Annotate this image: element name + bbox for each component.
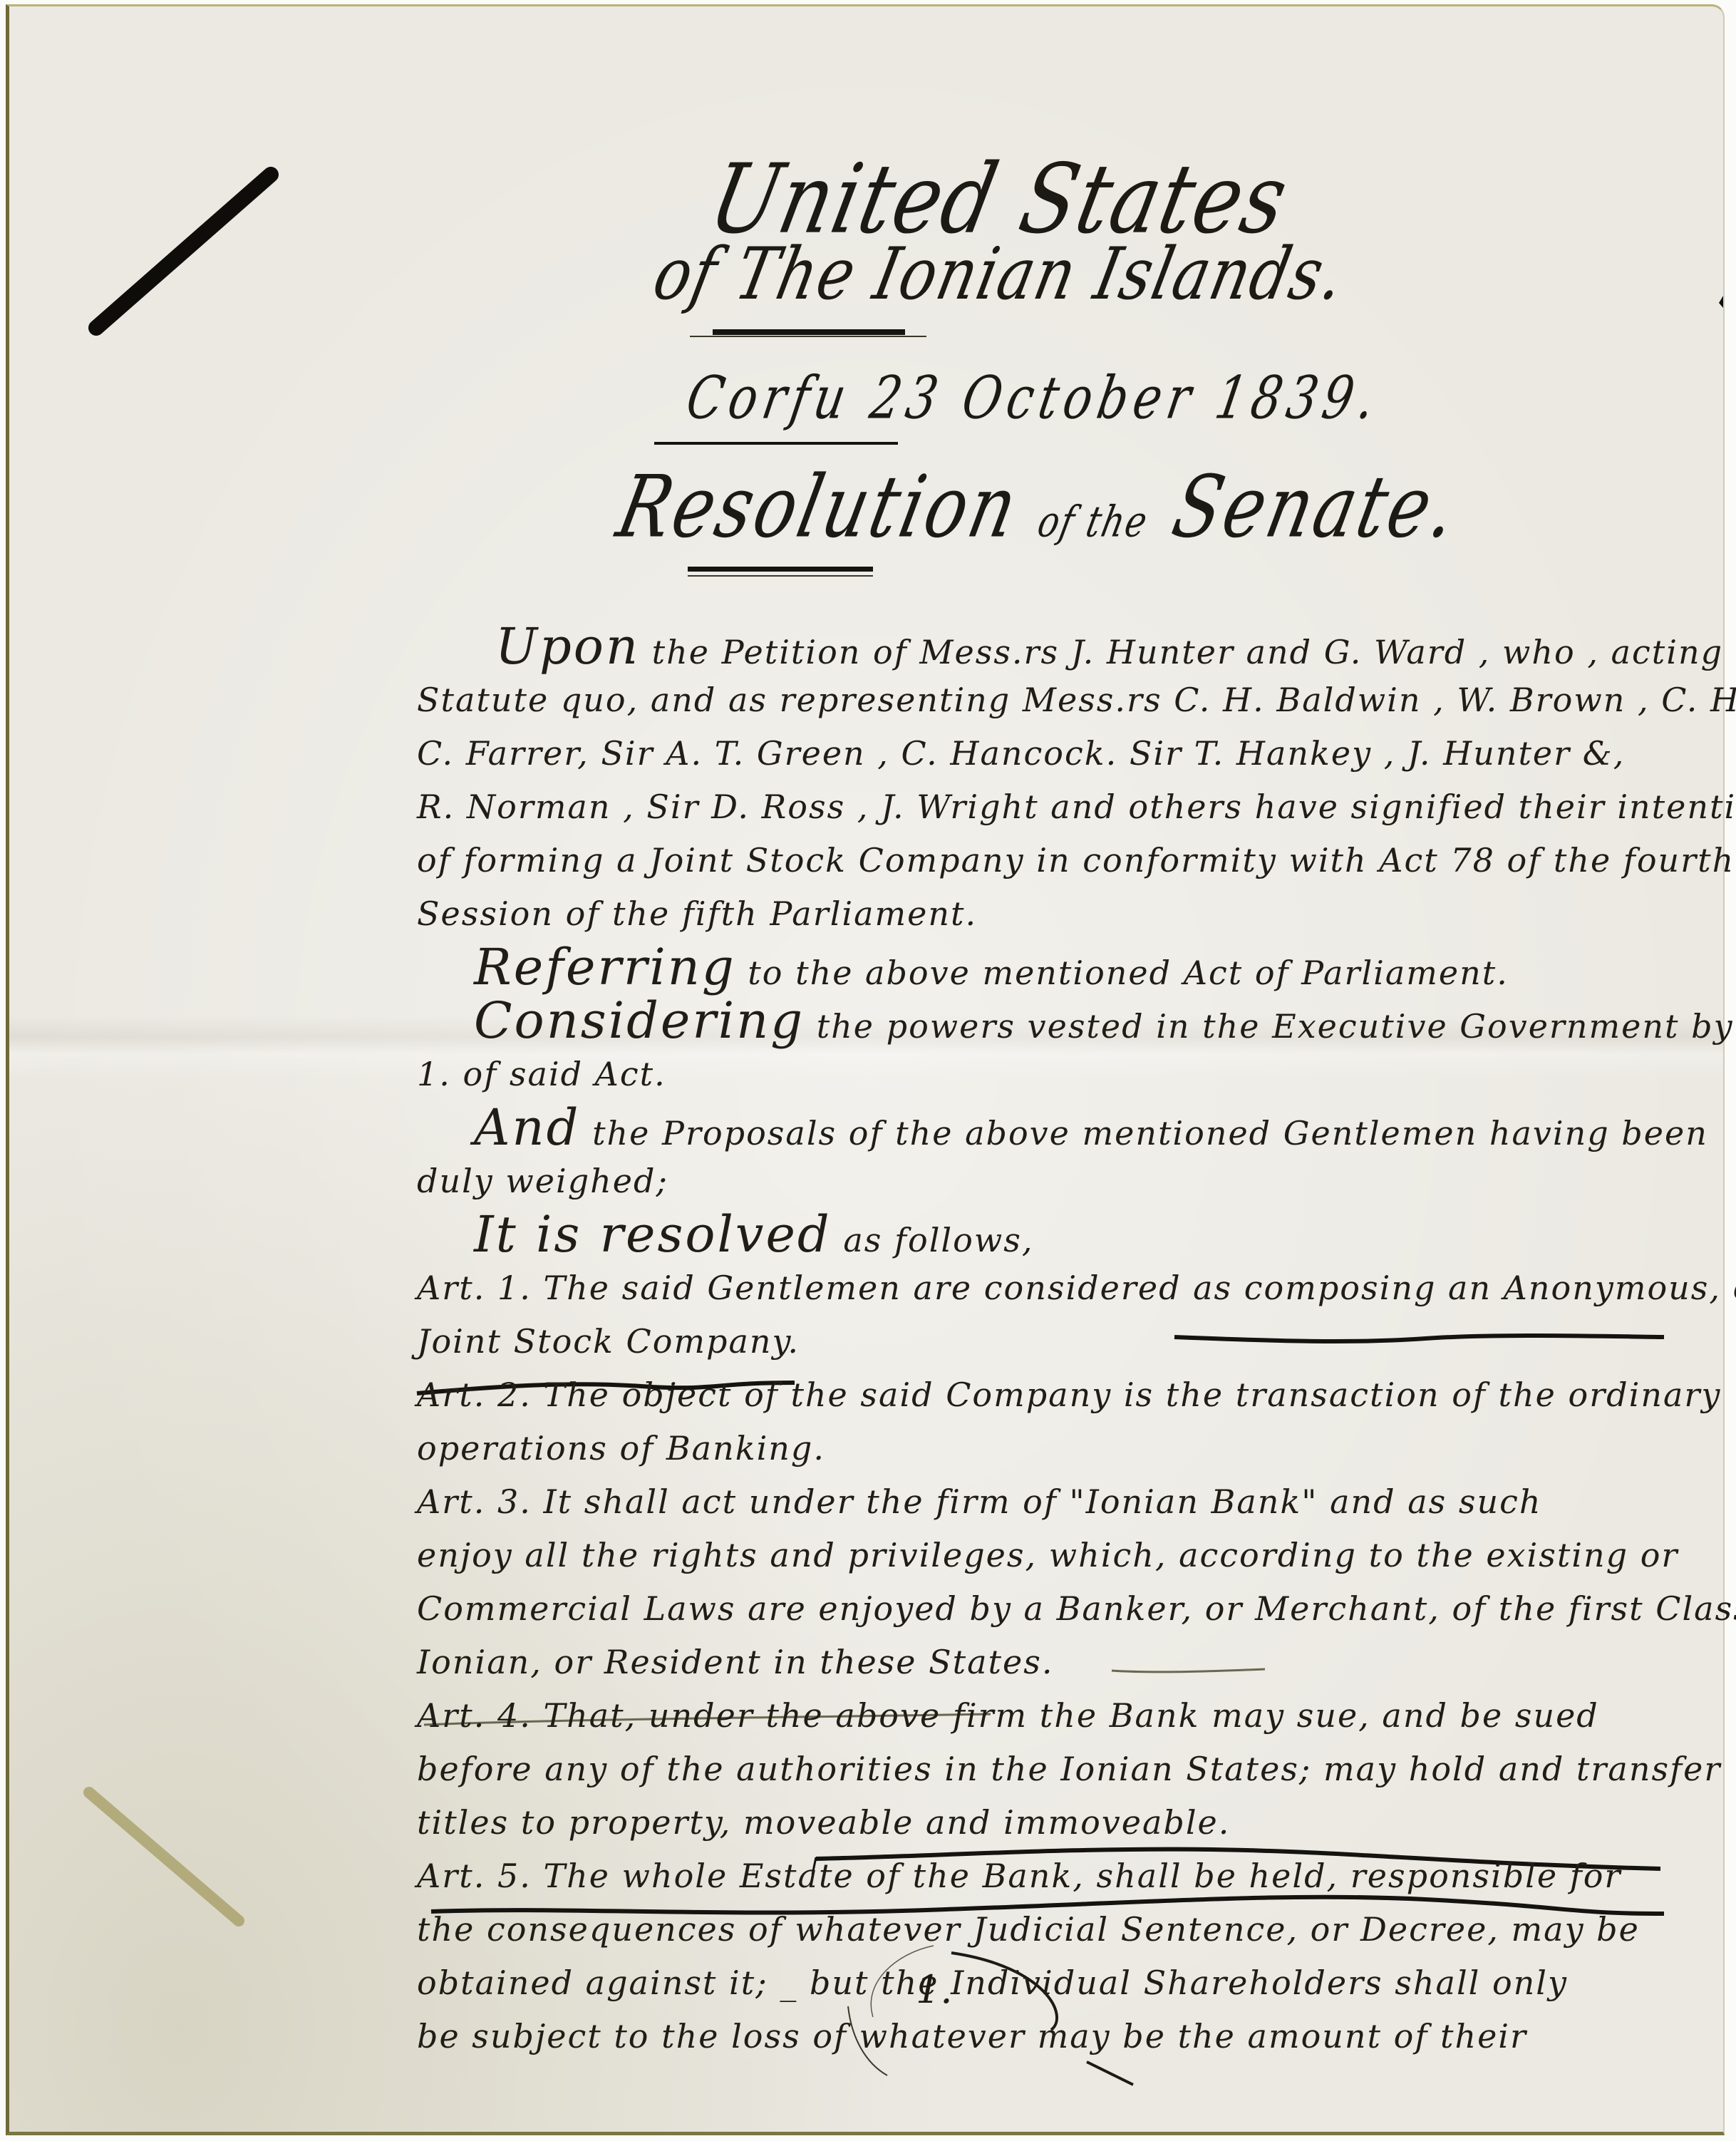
upon-lead-word: Upon <box>495 617 640 676</box>
article-2-underlined-1: the transaction of the ordinary <box>1166 1376 1722 1414</box>
and-line-1: And the Proposals of the above mentioned… <box>417 1101 1714 1155</box>
edge-ink-notch <box>1719 296 1723 308</box>
article-2-text: The object of the said Company is <box>543 1376 1165 1414</box>
article-4-label: Art. 4. <box>417 1696 532 1735</box>
article-4-line-2: before any of the authorities in the Ion… <box>417 1743 1714 1796</box>
resolution-rule-thick <box>688 567 873 572</box>
upon-line-text: the Petition of Mess.rs J. Hunter and G.… <box>640 633 1723 671</box>
article-2-line-1: Art. 2. The object of the said Company i… <box>417 1368 1714 1422</box>
stain-slash-mark <box>89 1792 239 1921</box>
article-5-line-2: the consequences of whatever Judicial Se… <box>417 1903 1714 1956</box>
article-4-text: That, under the above firm the Bank may … <box>543 1696 1598 1735</box>
and-text: the Proposals of the above mentioned Gen… <box>580 1114 1707 1152</box>
ink-slash-mark <box>96 175 271 328</box>
upon-line-3: C. Farrer, Sir A. T. Green , C. Hancock.… <box>417 727 1714 780</box>
article-5-text: The whole Estate of the Bank, shall be h… <box>543 1857 1621 1895</box>
upon-line-4: R. Norman , Sir D. Ross , J. Wright and … <box>417 780 1714 834</box>
article-4-line2-underlined: Ionian States; <box>1060 1750 1311 1788</box>
article-5-line-4: be subject to the loss of whatever may b… <box>417 2010 1714 2063</box>
article-4-line-3: titles to property, moveable and immovea… <box>417 1796 1714 1849</box>
article-1-label: Art. 1. <box>417 1269 532 1307</box>
resolution-heading-connector: of the <box>1033 497 1152 547</box>
considering-text: the powers vested in the Executive Gover… <box>805 1007 1736 1046</box>
upon-line-5: of forming a Joint Stock Company in conf… <box>417 834 1714 887</box>
date-line: Corfu 23 October 1839. <box>682 363 1386 432</box>
article-3-text: It shall act under the firm of "Ionian B… <box>543 1482 1541 1521</box>
article-5-line3-before: obtained against it; _ <box>417 1964 810 2002</box>
header-rule-thick <box>713 329 905 335</box>
article-3-line-2: enjoy all the rights and privileges, whi… <box>417 1529 1714 1582</box>
article-4-line2-before: before any of the authorities in the <box>417 1750 1060 1788</box>
resolved-line: It is resolved as follows, <box>417 1208 1714 1262</box>
header-title-line2: of The Ionian Islands. <box>647 232 1353 316</box>
article-4-line2-after: may hold and transfer <box>1311 1750 1721 1788</box>
article-4-line-1: Art. 4. That, under the above firm the B… <box>417 1689 1714 1743</box>
considering-line-2: 1. of said Act. <box>417 1048 1714 1101</box>
upon-line-2: Statute quo, and as representing Mess.rs… <box>417 674 1714 727</box>
upon-line-1: Upon the Petition of Mess.rs J. Hunter a… <box>417 620 1714 674</box>
ink-dash-mark <box>1087 2062 1133 2085</box>
page-number: 1. <box>916 1967 953 2012</box>
referring-lead-word: Referring <box>474 938 736 996</box>
resolution-body: Upon the Petition of Mess.rs J. Hunter a… <box>417 620 1714 2063</box>
article-1-line-2: Joint Stock Company. <box>417 1315 1714 1368</box>
upon-line-6: Session of the fifth Parliament. <box>417 887 1714 941</box>
article-3-label: Art. 3. <box>417 1482 532 1521</box>
article-5-line-3: obtained against it; _ but the Individua… <box>417 1956 1714 2010</box>
resolution-heading-main1: Resolution <box>609 457 1028 557</box>
resolution-heading-main2: Senate. <box>1164 457 1467 557</box>
resolved-text: as follows, <box>832 1221 1034 1259</box>
resolved-lead-word: It is resolved <box>474 1205 832 1264</box>
and-lead-word: And <box>474 1098 580 1157</box>
article-1-text: The said Gentlemen are considered as com… <box>543 1269 1736 1307</box>
article-1-line-1: Art. 1. The said Gentlemen are considere… <box>417 1262 1714 1315</box>
considering-lead-word: Considering <box>474 991 805 1050</box>
article-2-label: Art. 2. <box>417 1376 532 1414</box>
article-3-line-1: Art. 3. It shall act under the firm of "… <box>417 1475 1714 1529</box>
referring-text: to the above mentioned Act of Parliament… <box>736 954 1509 992</box>
considering-line-1: Considering the powers vested in the Exe… <box>417 994 1714 1048</box>
and-line-2: duly weighed; <box>417 1155 1714 1208</box>
article-3-line-3: Commercial Laws are enjoyed by a Banker,… <box>417 1582 1714 1636</box>
article-5-label: Art. 5. <box>417 1857 532 1895</box>
article-2-line-2: operations of Banking. <box>417 1422 1714 1475</box>
referring-line: Referring to the above mentioned Act of … <box>417 941 1714 994</box>
article-5-line-1: Art. 5. The whole Estate of the Bank, sh… <box>417 1849 1714 1903</box>
resolution-heading: Resolution of the Senate. <box>609 457 1467 557</box>
article-3-line-4: Ionian, or Resident in these States. <box>417 1636 1714 1689</box>
